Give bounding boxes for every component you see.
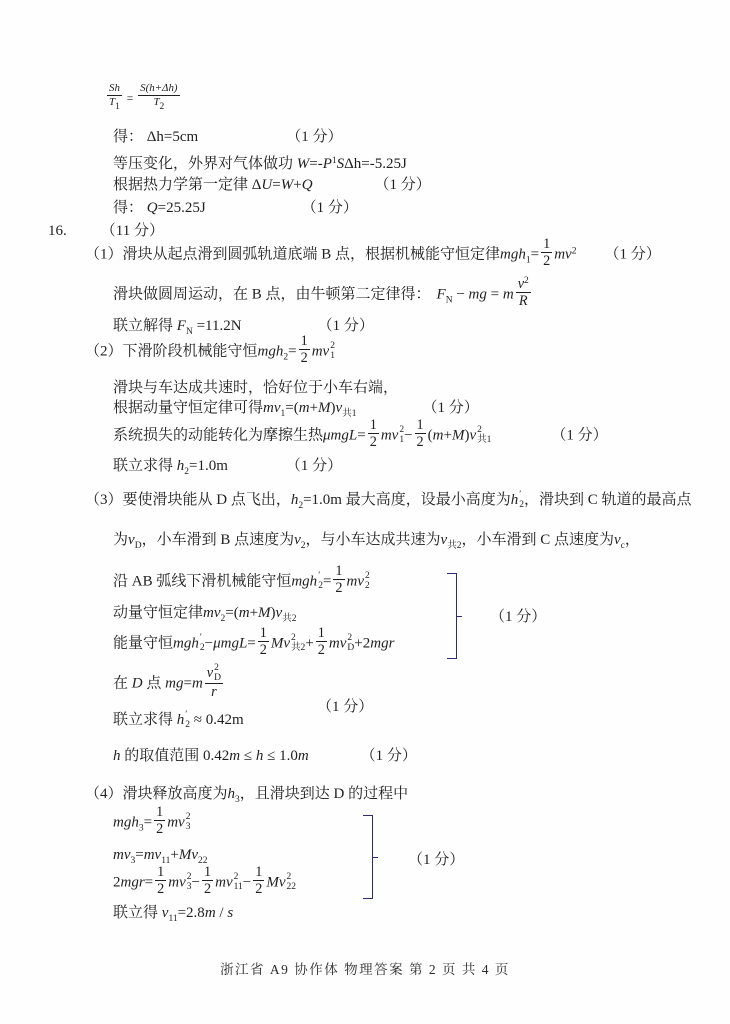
fraction: 12 [541, 236, 552, 270]
grouping-bracket-part4 [363, 815, 373, 899]
fraction: 12 [415, 417, 426, 451]
fraction: 12 [368, 417, 379, 451]
sub-sup-stack: 2D [214, 664, 221, 683]
part3-eq2: 动量守恒定律mv2=(m+M)v共2 [113, 603, 296, 630]
sub-sup-stack: 21 [399, 426, 404, 445]
part3-eq3: 能量守恒mgh′2−μmgL=12Mv2共2+12mv2D+2mgr [113, 627, 394, 661]
line-work: 等压变化，外界对气体做功 W=-P1SΔh=-5.25J [113, 151, 407, 175]
sub-sup-stack: 2D [347, 634, 354, 653]
part3-eq4: 在 D 点 mg=mv2Dr [113, 666, 225, 702]
line-first-law: 根据热力学第一定律 ΔU=W+Q（1 分） [113, 175, 431, 196]
fraction: 12 [253, 864, 264, 898]
fraction: v2Dr [205, 664, 223, 700]
fraction: v2R [516, 276, 531, 310]
part3-eq1: 沿 AB 弧线下滑机械能守恒mgh′2=12mv22 [113, 565, 370, 599]
sub-sup-stack: 222 [287, 873, 297, 892]
fraction: 12 [316, 625, 327, 659]
part2-line5: 联立求得 h2=1.0m（1 分） [113, 456, 342, 483]
fraction: 12 [154, 804, 165, 838]
sub-sup-stack: ′2 [185, 711, 190, 730]
score-label-part4: （1 分） [408, 850, 464, 871]
result-q: 得： Q=25.25J（1 分） [113, 198, 358, 219]
part4-result: 联立得 v11=2.8m / s [113, 903, 233, 930]
sub-sup-stack: ′2 [318, 572, 323, 591]
part2-line4: 系统损失的动能转化为摩擦生热μmgL=12mv21−12(m+M)v2共1（1 … [113, 419, 608, 453]
fraction: ShT1 [107, 82, 122, 112]
sub-sup-stack: 2共2 [291, 634, 305, 653]
sub-sup-stack: 2共1 [477, 426, 491, 445]
fraction: 12 [258, 625, 269, 659]
part3-line1: （3）要使滑块能从 D 点飞出，h2=1.0m 最大高度，设最小高度为h′2，滑… [85, 490, 692, 517]
part1-line1: （1）滑块从起点滑到圆弧轨道底端 B 点，根据机械能守恒定律mgh1=12mv2… [85, 238, 661, 272]
part1-line2: 滑块做圆周运动，在 B 点，由牛顿第二定律得：FN − mg = mv2R [113, 278, 533, 312]
sub-sup-stack: 21 [330, 342, 335, 361]
fraction: 12 [202, 864, 213, 898]
sub-sup-stack: 211 [234, 873, 243, 892]
part4-eq3: 2mgr=12mv23−12mv211−12Mv222 [113, 866, 296, 900]
page-footer: 浙江省 A9 协作体 物理答案 第 2 页 共 4 页 [0, 958, 730, 978]
equation-gas-law: ShT1 = S(h+Δh)T2 [105, 84, 182, 114]
sub-sup-stack: 23 [186, 813, 191, 832]
sub-sup-stack: 22 [365, 572, 370, 591]
part3-result2: h 的取值范围 0.42m ≤ h ≤ 1.0m（1 分） [113, 746, 417, 767]
sub-sup-stack: ′2 [519, 491, 524, 510]
part2-line1: （2）下滑阶段机械能守恒mgh2=12mv21 [85, 335, 335, 369]
answer-sheet-page: ShT1 = S(h+Δh)T2得： Δh=5cm（1 分）等压变化，外界对气体… [0, 0, 730, 1024]
sub-sup-stack: ′2 [200, 634, 205, 653]
sub-sup-stack: 23 [187, 873, 192, 892]
score-label-part3: （1 分） [490, 607, 546, 628]
grouping-bracket-part3 [447, 573, 457, 659]
part2-line2: 滑块与车达成共速时，恰好位于小车右端， [113, 378, 398, 399]
result-dh: 得： Δh=5cm（1 分） [113, 127, 342, 148]
fraction: 12 [155, 864, 166, 898]
fraction: S(h+Δh)T2 [138, 82, 179, 112]
part4-eq1: mgh3=12mv23 [113, 806, 190, 840]
fraction: 12 [299, 333, 310, 367]
part3-result1: 联立求得 h′2 ≈ 0.42m [113, 710, 244, 731]
score-label-dpoint: （1 分） [317, 697, 373, 718]
fraction: 12 [333, 563, 344, 597]
part3-line2: 为vD，小车滑到 B 点速度为v2，与小车达成共速为v共2，小车滑到 C 点速度… [113, 530, 640, 557]
